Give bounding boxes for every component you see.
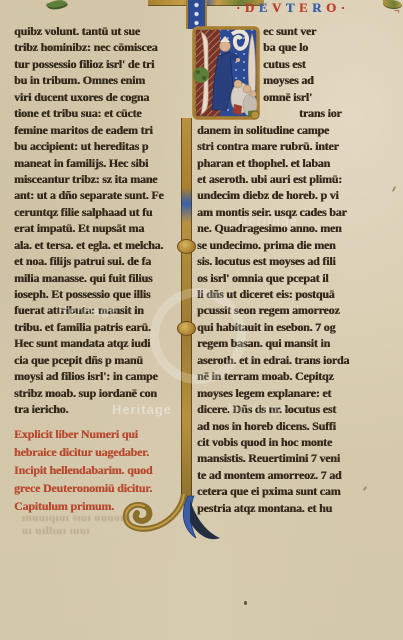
- text-line: dicere. Dñs ds nr. locutus est: [197, 401, 392, 417]
- text-line: aseroth. et in edrai. trans iorda: [197, 352, 392, 368]
- text-line: erat impatū. Et nupsāt ma: [14, 220, 172, 236]
- ivy-leaf-icon: [46, 0, 68, 13]
- text-line: ceruntqz filie salphaad ut fu: [14, 204, 172, 220]
- text-line: undecim diebz de horeb. p vi: [197, 187, 392, 203]
- text-line: cia que pcepit dñs p manū: [14, 352, 172, 368]
- text-line: regem basan. qui mansit in: [197, 335, 392, 351]
- text-line: tione et tribu sua: et cūcte: [14, 105, 172, 121]
- flourish-dark-tail: [190, 500, 220, 539]
- parchment-speck: [244, 601, 247, 605]
- text-line: cit vobis quod in hoc monte: [197, 434, 392, 450]
- illuminated-initial-h-moses-and-israelites: [192, 26, 260, 120]
- running-title: ·DEVTERO·: [236, 1, 350, 15]
- red-paraph-mark: ¬: [394, 6, 400, 17]
- text-line: tra iericho.: [14, 401, 172, 417]
- text-line: fuerat attributa: mansit in: [14, 302, 172, 318]
- text-line: ioseph. Et possessio que illis: [14, 286, 172, 302]
- text-line: am montis seir. usqz cades bar: [197, 204, 392, 220]
- text-line: te ad montem amorreoz. 7 ad: [197, 467, 392, 483]
- text-line: et noa. filijs patrui sui. de fa: [14, 253, 172, 269]
- text-line: ne. Quadragesimo anno. men: [197, 220, 392, 236]
- running-title-letter: R: [312, 1, 321, 15]
- text-line: misceantur tribz: sz ita mane: [14, 171, 172, 187]
- tail-knot: [177, 321, 196, 336]
- bleed-through-text: ınuuıqıuı sıuı uuuoılı uı uıllıuı ıuuı: [22, 512, 131, 538]
- left-text-column: quibz volunt. tantū ut suetribz hominibz…: [14, 23, 172, 515]
- text-line: stri contra mare rubrū. inter: [197, 138, 392, 154]
- text-line: li dñs ut diceret eis: postquā: [197, 286, 392, 302]
- tail-knot: [177, 239, 196, 254]
- initial-tail-bar: [181, 118, 192, 506]
- text-line: quibz volunt. tantū ut sue: [14, 23, 172, 39]
- running-title-letter: V: [272, 1, 281, 15]
- text-line: se undecimo. prima die men: [197, 237, 392, 253]
- running-title-letter: ·: [236, 1, 240, 15]
- text-line: danem in solitudine campe: [197, 122, 392, 138]
- right-column-lines: danem in solitudine campestri contra mar…: [197, 122, 392, 517]
- text-line: milia manasse. qui fuit filius: [14, 270, 172, 286]
- text-line: ala. et tersa. et egla. et melcha.: [14, 237, 172, 253]
- text-line: mansistis. Reuertimini 7 veni: [197, 450, 392, 466]
- text-line: moyses legem explanare: et: [197, 385, 392, 401]
- text-line: ad nos in horeb dicens. Suffi: [197, 418, 392, 434]
- running-title-letter: E: [299, 1, 308, 15]
- gold-knob: [251, 111, 259, 119]
- left-column-lines: quibz volunt. tantū ut suetribz hominibz…: [14, 23, 172, 418]
- text-line: pharan et thophel. et laban: [197, 155, 392, 171]
- text-line: maneat in familijs. Hec sibi: [14, 155, 172, 171]
- text-line: bu in tribum. Omnes enim: [14, 72, 172, 88]
- running-title-letter: E: [259, 1, 268, 15]
- running-title-letter: D: [245, 1, 254, 15]
- text-line: Hec sunt mandata atqz iudi: [14, 335, 172, 351]
- manuscript-page: ¬ ·DEVTERO· quibz volunt. tantū ut suetr…: [0, 0, 403, 640]
- text-line: stribz moab. sup iordanē con: [14, 385, 172, 401]
- initial-miniature: [192, 26, 260, 120]
- text-line: tribz hominibz: nec cōmiscea: [14, 39, 172, 55]
- text-line: viri ducent uxores de cogna: [14, 89, 172, 105]
- text-line: qui habitauit in esebon. 7 og: [197, 319, 392, 335]
- text-line: sis. locutus est moyses ad fili: [197, 253, 392, 269]
- text-line: moysi ad filios isrl': in campe: [14, 368, 172, 384]
- foliage-icon: [193, 67, 209, 83]
- text-line: os isrl' omnia que pcepat il: [197, 270, 392, 286]
- parchment-speck: [392, 186, 397, 192]
- rubric-line: hebraice dicitur uagedaber.: [14, 443, 172, 461]
- running-title-letter: T: [286, 1, 295, 15]
- rubric-line: Explicit liber Numeri qui: [14, 425, 172, 443]
- text-line: ant: ut a dño separate sunt. Fe: [14, 187, 172, 203]
- text-line: tribu. et familia patris earū.: [14, 319, 172, 335]
- text-line: femine maritos de eadem tri: [14, 122, 172, 138]
- text-line: pcussit seon regem amorreoz: [197, 302, 392, 318]
- text-line: tur possessio filioz isrl' de tri: [14, 56, 172, 72]
- text-line: et aseroth. ubi auri est plimū:: [197, 171, 392, 187]
- running-title-letter: O: [326, 1, 336, 15]
- rubric-line: Incipit hellendabarim. quod: [14, 461, 172, 479]
- text-line: bu accipient: ut hereditas p: [14, 138, 172, 154]
- text-line: nē in terram moab. Cepitqz: [197, 368, 392, 384]
- running-title-letter: ·: [341, 1, 345, 15]
